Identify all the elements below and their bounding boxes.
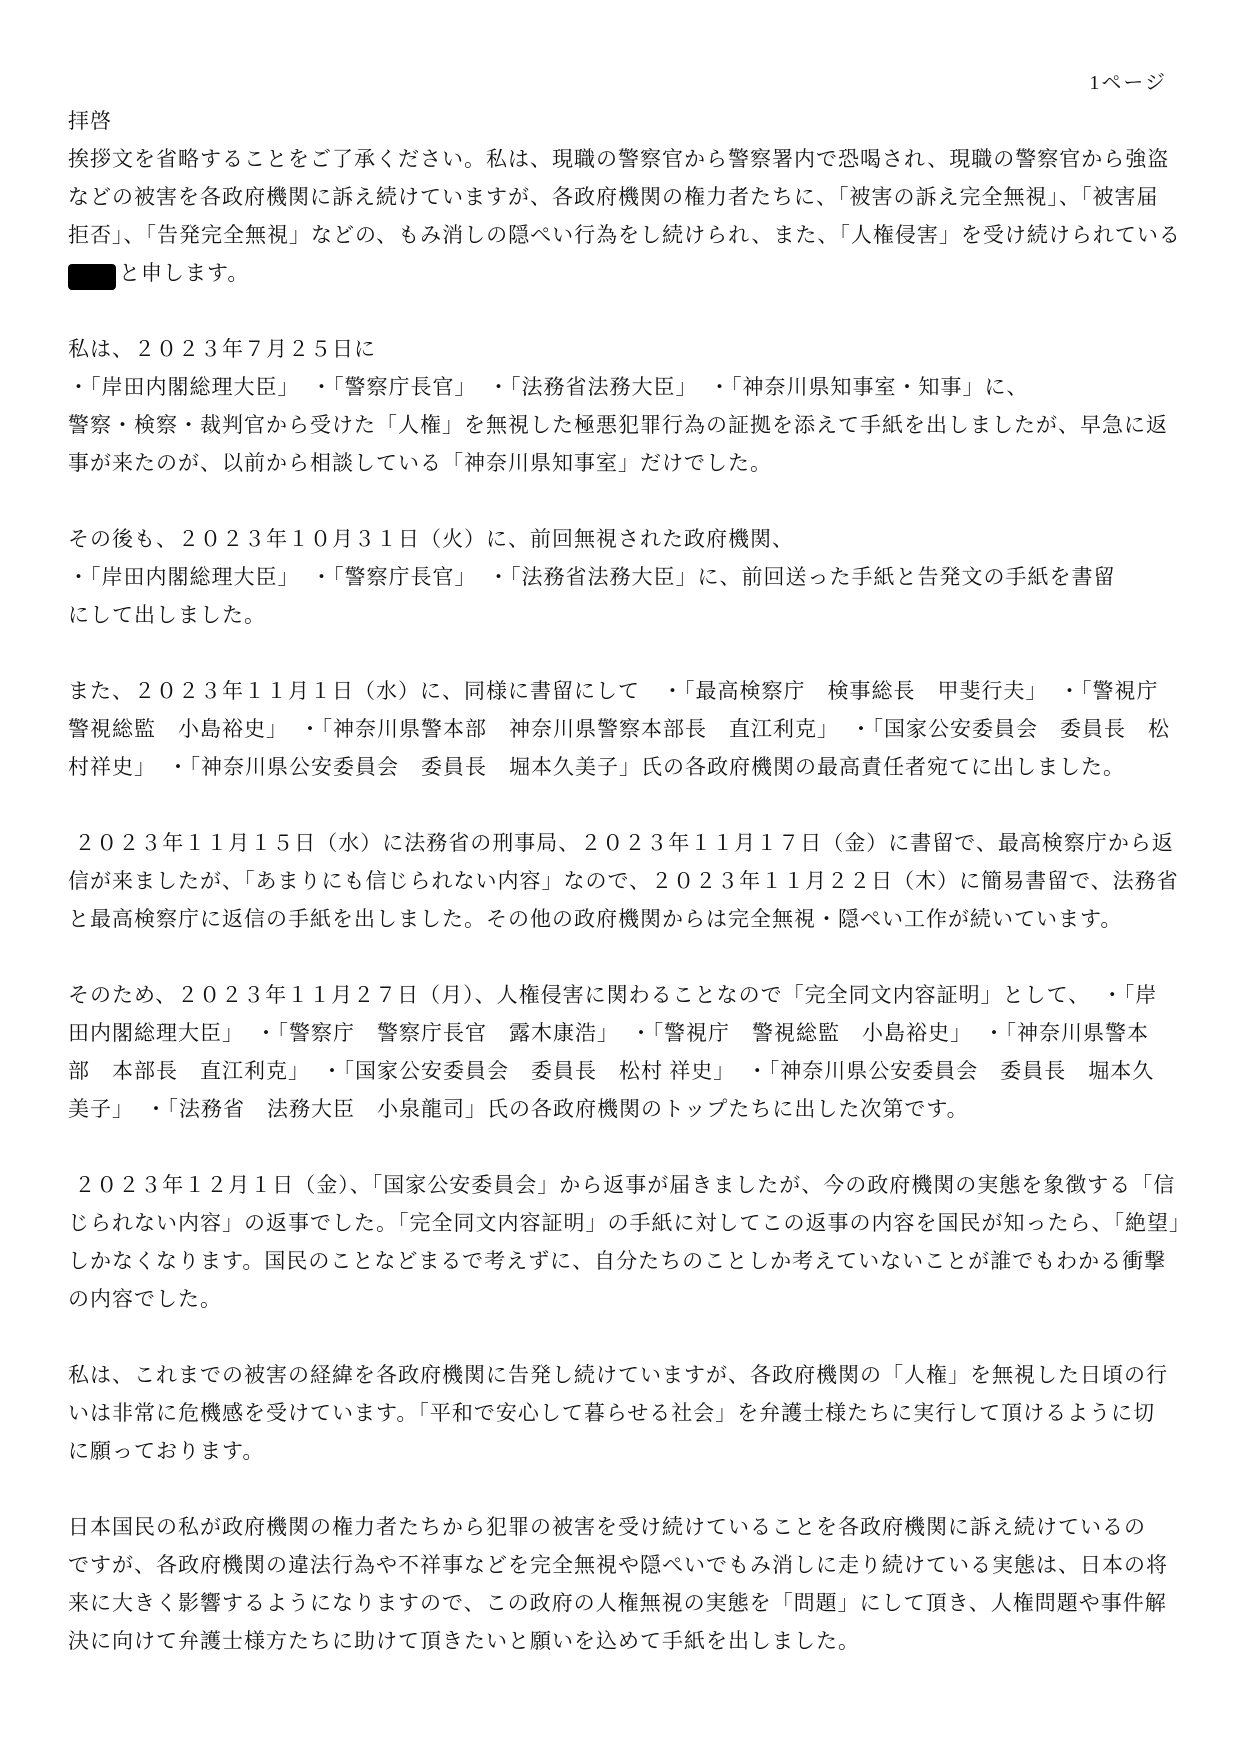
text-line: 私は、２０２３年７月２５日に: [68, 330, 1183, 368]
document-page: 1ページ 拝啓 挨拶文を省略することをご了承ください。私は、現職の警察官から警察…: [0, 0, 1241, 1755]
paragraph: その後も、２０２３年１０月３１日（火）に、前回無視された政府機関、・「岸田内閣総…: [68, 520, 1183, 634]
text-line: 拒否」、「告発完全無視」などの、もみ消しの隠ぺい行為をし続けられ、また、「人権侵…: [68, 216, 1183, 254]
paragraph: ２０２３年１１月１５日（水）に法務省の刑事局、２０２３年１１月１７日（金）に書留…: [68, 824, 1183, 938]
text-line: ですが、各政府機関の違法行為や不祥事などを完全無視や隠ぺいでもみ消しに走り続けて…: [68, 1546, 1183, 1584]
paragraph: 私は、２０２３年７月２５日に・「岸田内閣総理大臣」 ・「警察庁長官」 ・「法務省…: [68, 330, 1183, 482]
paragraph: 日本国民の私が政府機関の権力者たちから犯罪の被害を受け続けていることを各政府機関…: [68, 1508, 1183, 1660]
text-line: そのため、２０２３年１１月２７日（月）、人権侵害に関わることなので「完全同文内容…: [68, 976, 1183, 1014]
text-line: いは非常に危機感を受けています。「平和で安心して暮らせる社会」を弁護士様たちに実…: [68, 1394, 1183, 1432]
paragraph: 私は、これまでの被害の経緯を各政府機関に告発し続けていますが、各政府機関の「人権…: [68, 1356, 1183, 1470]
text-line: ・「岸田内閣総理大臣」 ・「警察庁長官」 ・「法務省法務大臣」 ・「神奈川県知事…: [68, 368, 1183, 406]
paragraph: 挨拶文を省略することをご了承ください。私は、現職の警察官から警察署内で恐喝され、…: [68, 140, 1183, 292]
text-line: また、２０２３年１１月１日（水）に、同様に書留にして ・「最高検察庁 検事総長 …: [68, 672, 1183, 710]
text-line: の内容でした。: [68, 1280, 1183, 1318]
salutation: 拝啓: [68, 102, 1183, 140]
text-line: じられない内容」の返事でした。「完全同文内容証明」の手紙に対してこの返事の内容を…: [68, 1204, 1183, 1242]
text-line: と最高検察庁に返信の手紙を出しました。その他の政府機関からは完全無視・隠ぺい工作…: [68, 900, 1183, 938]
text-line: 挨拶文を省略することをご了承ください。私は、現職の警察官から警察署内で恐喝され、…: [68, 140, 1183, 178]
text-line: にして出しました。: [68, 596, 1183, 634]
text-line: 美子」 ・「法務省 法務大臣 小泉龍司」氏の各政府機関のトップたちに出した次第で…: [68, 1090, 1183, 1128]
text-line: 警察・検察・裁判官から受けた「人権」を無視した極悪犯罪行為の証拠を添えて手紙を出…: [68, 406, 1183, 444]
text-line: 警視総監 小島裕史」 ・「神奈川県警本部 神奈川県警察本部長 直江利克」 ・「国…: [68, 710, 1183, 748]
text-after-redaction: と申します。: [119, 261, 249, 285]
text-line: 信が来ましたが、「あまりにも信じられない内容」なので、２０２３年１１月２２日（木…: [68, 862, 1183, 900]
text-line: その後も、２０２３年１０月３１日（火）に、前回無視された政府機関、: [68, 520, 1183, 558]
text-line: ・「岸田内閣総理大臣」 ・「警察庁長官」 ・「法務省法務大臣」に、前回送った手紙…: [68, 558, 1183, 596]
text-line: ２０２３年１２月１日（金）、「国家公安委員会」から返事が届きましたが、今の政府機…: [68, 1166, 1183, 1204]
paragraph: ２０２３年１２月１日（金）、「国家公安委員会」から返事が届きましたが、今の政府機…: [68, 1166, 1183, 1318]
text-line: 田内閣総理大臣」 ・「警察庁 警察庁長官 露木康浩」 ・「警視庁 警視総監 小島…: [68, 1014, 1183, 1052]
letter-body: 挨拶文を省略することをご了承ください。私は、現職の警察官から警察署内で恐喝され、…: [68, 140, 1183, 1660]
text-line: 来に大きく影響するようになりますので、この政府の人権無視の実態を「問題」にして頂…: [68, 1584, 1183, 1622]
text-line: に願っております。: [68, 1432, 1183, 1470]
text-line: しかなくなります。国民のことなどまるで考えずに、自分たちのことしか考えていないこ…: [68, 1242, 1183, 1280]
redaction-box: [68, 264, 116, 290]
text-line: 日本国民の私が政府機関の権力者たちから犯罪の被害を受け続けていることを各政府機関…: [68, 1508, 1183, 1546]
page-number: 1ページ: [68, 64, 1183, 102]
text-line: 事が来たのが、以前から相談している「神奈川県知事室」だけでした。: [68, 444, 1183, 482]
text-line: 私は、これまでの被害の経緯を各政府機関に告発し続けていますが、各政府機関の「人権…: [68, 1356, 1183, 1394]
text-line: 決に向けて弁護士様方たちに助けて頂きたいと願いを込めて手紙を出しました。: [68, 1622, 1183, 1660]
paragraph: また、２０２３年１１月１日（水）に、同様に書留にして ・「最高検察庁 検事総長 …: [68, 672, 1183, 786]
text-line: ２０２３年１１月１５日（水）に法務省の刑事局、２０２３年１１月１７日（金）に書留…: [68, 824, 1183, 862]
text-line: 部 本部長 直江利克」 ・「国家公安委員会 委員長 松村 祥史」 ・「神奈川県公…: [68, 1052, 1183, 1090]
text-line-redacted: と申します。: [68, 254, 1183, 292]
paragraph: そのため、２０２３年１１月２７日（月）、人権侵害に関わることなので「完全同文内容…: [68, 976, 1183, 1128]
text-line: などの被害を各政府機関に訴え続けていますが、各政府機関の権力者たちに、「被害の訴…: [68, 178, 1183, 216]
text-line: 村祥史」 ・「神奈川県公安委員会 委員長 堀本久美子」氏の各政府機関の最高責任者…: [68, 748, 1183, 786]
